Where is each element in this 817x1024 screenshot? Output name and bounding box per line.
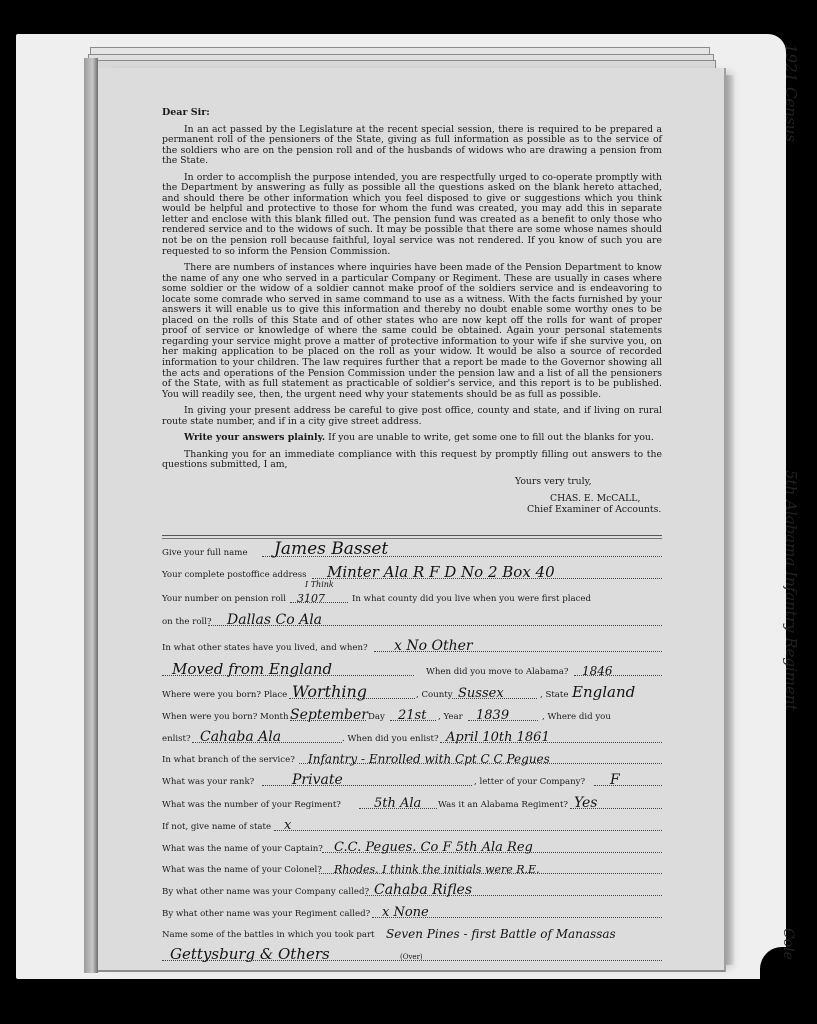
- branch-value[interactable]: Infantry - Enrolled with Cpt C C Pegues: [308, 752, 550, 766]
- company-letter-label: , letter of your Company?: [474, 777, 585, 787]
- letter-emphasis-paragraph: Write your answers plainly. If you are u…: [162, 433, 662, 444]
- moved-from-value[interactable]: Moved from England: [172, 660, 332, 678]
- full-name-value[interactable]: James Basset: [274, 539, 388, 559]
- birth-state-label: , State: [540, 690, 568, 700]
- county-question-label: In what county did you live when you wer…: [352, 594, 591, 604]
- pension-number-note: I Think: [305, 580, 334, 589]
- letter-thanks: Thanking you for an immediate compliance…: [162, 450, 662, 471]
- pension-number-label: Your number on pension roll: [162, 594, 286, 604]
- closing-phrase: Yours very truly,: [515, 477, 592, 488]
- margin-note-census: 1921 Census: [782, 44, 800, 142]
- colonel-row: What was the name of your Colonel? Rhode…: [162, 857, 662, 877]
- regiment-row: What was the number of your Regiment? 5t…: [162, 792, 662, 812]
- birth-county-label: , County: [416, 690, 453, 700]
- state-if-not-value[interactable]: x: [284, 818, 291, 833]
- branch-label: In what branch of the service?: [162, 755, 295, 765]
- salutation: Dear Sir:: [162, 108, 662, 119]
- county-label: on the roll?: [162, 617, 212, 627]
- other-states-row: In what other states have you lived, and…: [162, 635, 662, 655]
- signer-title: Chief Examiner of Accounts.: [527, 505, 661, 516]
- birth-place-label: Where were you born? Place: [162, 690, 287, 700]
- other-states-label: In what other states have you lived, and…: [162, 643, 368, 653]
- birth-year-label: , Year: [438, 712, 463, 722]
- write-plainly-bold: Write your answers plainly.: [184, 432, 325, 443]
- over-indicator: (Over): [400, 953, 423, 961]
- address-row: Your complete postoffice address Minter …: [162, 562, 662, 582]
- rank-row: What was your rank? Private , letter of …: [162, 769, 662, 789]
- regiment-number-value[interactable]: 5th Ala: [374, 796, 421, 811]
- battles-row: Name some of the battles in which you to…: [162, 922, 662, 942]
- regiment-name-row: By what other name was your Regiment cal…: [162, 901, 662, 921]
- state-if-not-row: If not, give name of state x: [162, 814, 662, 834]
- birth-place-row: Where were you born? Place Worthing , Co…: [162, 682, 662, 702]
- move-to-alabama-row: Moved from England When did you move to …: [162, 659, 662, 679]
- regiment-name-value[interactable]: x None: [382, 905, 429, 920]
- captain-label: What was the name of your Captain?: [162, 844, 323, 854]
- enlist-where-label: , Where did you: [542, 712, 611, 722]
- company-name-label: By what other name was your Company call…: [162, 887, 369, 897]
- rank-label: What was your rank?: [162, 777, 254, 787]
- letter-paragraph: There are numbers of instances where inq…: [162, 263, 662, 400]
- county-value[interactable]: Dallas Co Ala: [227, 612, 322, 628]
- regiment-number-label: What was the number of your Regiment?: [162, 800, 341, 810]
- alabama-regiment-value[interactable]: Yes: [574, 795, 598, 811]
- company-name-row: By what other name was your Company call…: [162, 879, 662, 899]
- address-label: Your complete postoffice address: [162, 570, 307, 580]
- company-name-value[interactable]: Cahaba Rifles: [374, 882, 472, 898]
- letter-closing: Yours very truly, CHAS. E. McCALL, Chief…: [162, 477, 662, 519]
- pension-number-value[interactable]: 3107: [297, 592, 325, 605]
- colonel-value[interactable]: Rhodes. I think the initials were R.E.: [334, 863, 540, 876]
- birth-day-value[interactable]: 21st: [398, 708, 426, 723]
- company-letter-value[interactable]: F: [610, 772, 620, 788]
- enlist-place-label: enlist?: [162, 734, 191, 744]
- captain-value[interactable]: C.C. Pegues. Co F 5th Ala Reg: [334, 840, 533, 855]
- rank-value[interactable]: Private: [292, 772, 343, 788]
- other-states-value[interactable]: x No Other: [394, 638, 473, 654]
- move-to-alabama-label: When did you move to Alabama?: [426, 667, 568, 677]
- full-name-label: Give your full name: [162, 548, 248, 558]
- enlist-date-label: . When did you enlist?: [342, 734, 439, 744]
- branch-row: In what branch of the service? Infantry …: [162, 747, 662, 767]
- letter-paragraph: In order to accomplish the purpose inten…: [162, 173, 662, 257]
- enlist-date-value[interactable]: April 10th 1861: [446, 730, 550, 745]
- captain-row: What was the name of your Captain? C.C. …: [162, 836, 662, 856]
- battles-label: Name some of the battles in which you to…: [162, 930, 375, 940]
- letter-paragraph: In giving your present address be carefu…: [162, 406, 662, 427]
- signer-name: CHAS. E. McCALL,: [550, 494, 640, 505]
- birth-day-label: Day: [368, 712, 385, 722]
- birth-state-value[interactable]: England: [572, 683, 635, 701]
- colonel-label: What was the name of your Colonel?: [162, 865, 322, 875]
- birth-place-value[interactable]: Worthing: [292, 682, 367, 701]
- state-if-not-label: If not, give name of state: [162, 822, 271, 832]
- birth-month-label: When were you born? Month: [162, 712, 289, 722]
- write-plainly-rest: If you are unable to write, get some one…: [328, 432, 654, 443]
- state-if-not-line: [274, 830, 662, 831]
- enlist-place-value[interactable]: Cahaba Ala: [200, 729, 281, 745]
- battles-value[interactable]: Seven Pines - first Battle of Manassas: [386, 927, 616, 941]
- company-letter-line: [594, 785, 662, 786]
- letter-paragraph: In an act passed by the Legislature at t…: [162, 125, 662, 167]
- address-value[interactable]: Minter Ala R F D No 2 Box 40: [327, 563, 555, 581]
- birth-date-row: When were you born? Month September Day …: [162, 704, 662, 724]
- move-to-alabama-value[interactable]: 1846: [582, 664, 613, 678]
- birth-year-value[interactable]: 1839: [476, 708, 509, 723]
- county-row: on the roll? Dallas Co Ala: [162, 609, 662, 629]
- alabama-regiment-label: Was it an Alabama Regiment?: [438, 800, 568, 810]
- regiment-name-label: By what other name was your Regiment cal…: [162, 909, 370, 919]
- birth-month-value[interactable]: September: [290, 707, 368, 723]
- birth-county-value[interactable]: Sussex: [458, 686, 504, 701]
- full-name-row: Give your full name James Basset: [162, 540, 662, 560]
- margin-note-cole: Cole: [780, 928, 796, 960]
- pension-number-row: Your number on pension roll I Think 3107…: [162, 586, 662, 606]
- margin-note-regiment: 5th Alabama Infantry Regiment: [782, 470, 800, 711]
- battles-continued-value[interactable]: Gettysburg & Others: [170, 945, 330, 963]
- enlist-row: enlist? Cahaba Ala . When did you enlist…: [162, 726, 662, 746]
- binding-edge: [84, 58, 98, 973]
- section-divider: [162, 535, 662, 536]
- cover-letter: Dear Sir: In an act passed by the Legisl…: [162, 108, 662, 519]
- section-divider: [162, 538, 662, 539]
